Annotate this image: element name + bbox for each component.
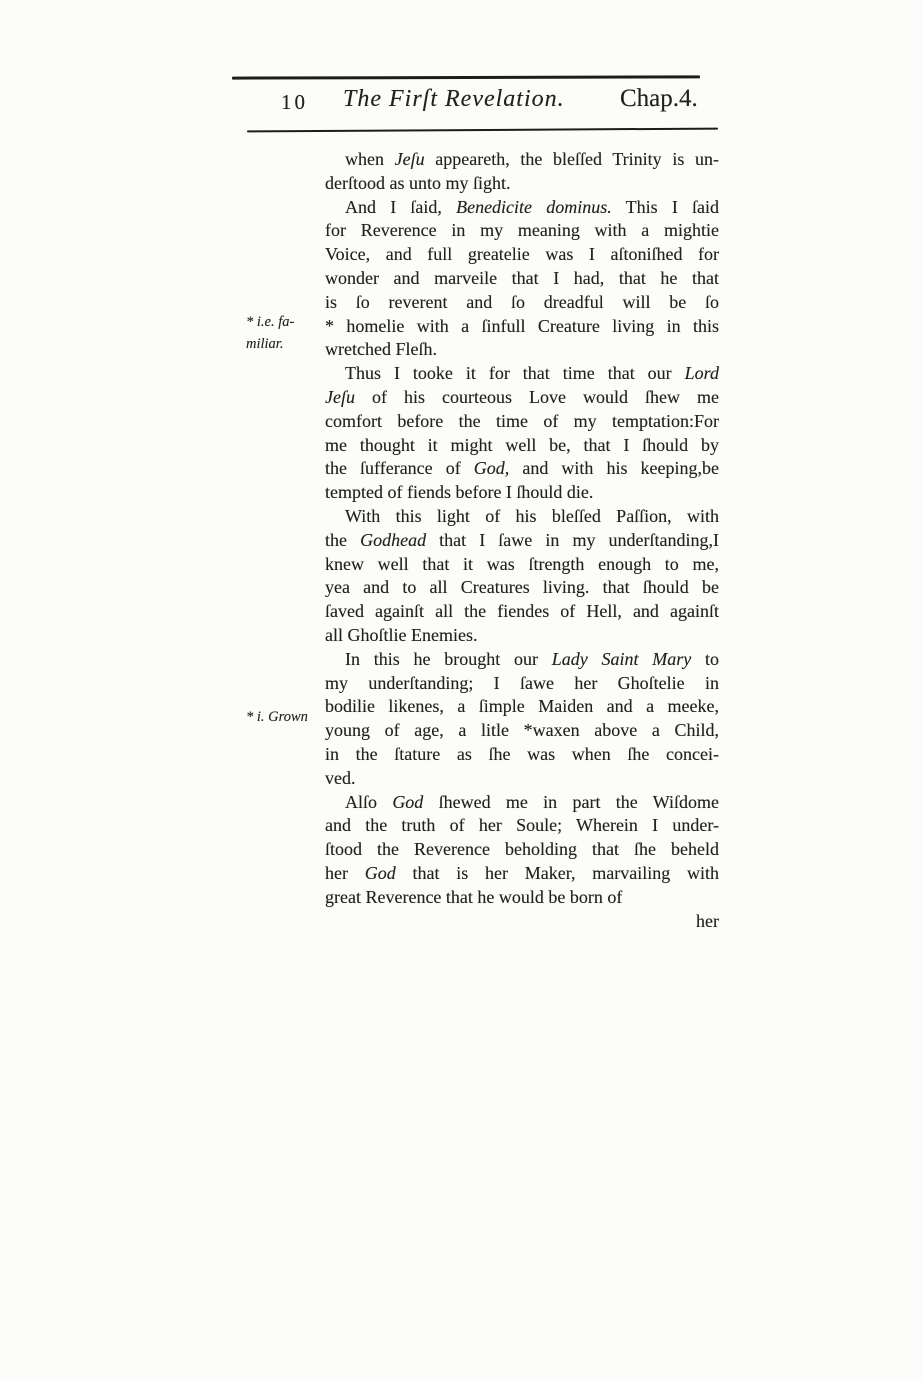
text-segment: and the truth of her Soule; Wherein I un…: [325, 815, 719, 835]
text-line: In this he brought our Lady Saint Mary t…: [325, 648, 719, 672]
text-segment: my underſtanding; I ſawe her Ghoſtelie i…: [325, 673, 719, 693]
text-line: the ſufferance of God, and with his keep…: [325, 457, 719, 481]
text-segment: for Reverence in my meaning with a might…: [325, 220, 719, 240]
text-line: Thus I tooke it for that time that our L…: [325, 362, 719, 386]
italic-text-segment: Jeſu: [395, 149, 425, 169]
text-line: derſtood as unto my ſight.: [325, 172, 719, 196]
text-segment: appeareth, the bleſſed Trinity is un-: [425, 149, 719, 169]
text-line: With this light of his bleſſed Paſſion, …: [325, 505, 719, 529]
text-segment: ſhewed me in part the Wiſdome: [423, 792, 719, 812]
text-line: ſaved againſt all the fiendes of Hell, a…: [325, 600, 719, 624]
running-title: The Firſt Revelation.: [343, 86, 565, 113]
page-number: 10: [281, 90, 308, 115]
text-segment: ſtood the Reverence beholding that ſhe b…: [325, 839, 719, 859]
text-segment: to: [691, 649, 719, 669]
italic-text-segment: God,: [474, 458, 510, 478]
text-line: wretched Fleſh.: [325, 338, 719, 362]
scanned-book-page: 10 The Firſt Revelation. Chap.4. when Je…: [0, 0, 923, 1382]
text-segment: Alſo: [345, 792, 392, 812]
margin-note-line: miliar.: [246, 333, 324, 355]
text-segment: * homelie with a ſinfull Creature living…: [325, 316, 719, 336]
text-segment: of his courteous Love would ſhew me: [355, 387, 719, 407]
text-segment: Thus I tooke it for that time that our: [345, 363, 685, 383]
text-line: tempted of fiends before I ſhould die.: [325, 481, 719, 505]
text-segment: derſtood as unto my ſight.: [325, 173, 510, 193]
text-segment: Voice, and full greatelie was I aſtoniſh…: [325, 244, 719, 264]
chapter-label: Chap.4.: [620, 85, 698, 113]
text-segment: her: [325, 863, 365, 883]
text-segment: in the ſtature as ſhe was when ſhe conce…: [325, 744, 719, 764]
text-segment: wonder and marveile that I had, that he …: [325, 268, 719, 288]
text-segment: when: [345, 149, 395, 169]
text-line: yea and to all Creatures living. that ſh…: [325, 576, 719, 600]
text-segment: In this he brought our: [345, 649, 552, 669]
text-segment: me thought it might well be, that I ſhou…: [325, 435, 719, 455]
text-segment: ſaved againſt all the fiendes of Hell, a…: [325, 601, 719, 621]
italic-text-segment: Benedicite dominus.: [456, 197, 612, 217]
italic-text-segment: Lord: [685, 363, 719, 383]
italic-text-segment: Jeſu: [325, 387, 355, 407]
text-segment: young of age, a litle *waxen above a Chi…: [325, 720, 719, 740]
text-segment: the ſufferance of: [325, 458, 474, 478]
text-line: Jeſu of his courteous Love would ſhew me: [325, 386, 719, 410]
text-segment: tempted of fiends before I ſhould die.: [325, 482, 593, 502]
text-segment: and with his keeping,be: [509, 458, 719, 478]
text-line: * homelie with a ſinfull Creature living…: [325, 315, 719, 339]
italic-text-segment: God: [365, 863, 396, 883]
text-segment: is ſo reverent and ſo dreadful will be ſ…: [325, 292, 719, 312]
text-line: knew well that it was ſtrength enough to…: [325, 553, 719, 577]
text-line: young of age, a litle *waxen above a Chi…: [325, 719, 719, 743]
italic-text-segment: Lady Saint Mary: [552, 649, 692, 669]
header-bottom-rule: [247, 128, 718, 133]
text-line: comfort before the time of my temptation…: [325, 410, 719, 434]
text-line: Voice, and full greatelie was I aſtoniſh…: [325, 243, 719, 267]
text-segment: ved.: [325, 768, 356, 788]
text-line: wonder and marveile that I had, that he …: [325, 267, 719, 291]
margin-note: * i. Grown: [246, 706, 324, 728]
text-line: great Reverence that he would be born of: [325, 886, 719, 910]
text-segment: all Ghoſtlie Enemies.: [325, 625, 477, 645]
text-segment: comfort before the time of my temptation…: [325, 411, 719, 431]
margin-note-line: * i.e. fa-: [246, 311, 324, 333]
catchword: her: [325, 910, 719, 934]
header-top-rule: [232, 75, 700, 79]
text-line: for Reverence in my meaning with a might…: [325, 219, 719, 243]
text-segment: that is her Maker, marvailing with: [396, 863, 719, 883]
text-line: me thought it might well be, that I ſhou…: [325, 434, 719, 458]
body-text: when Jeſu appeareth, the bleſſed Trinity…: [325, 148, 719, 933]
text-segment: that I ſawe in my underſtanding,I: [426, 530, 719, 550]
text-line: is ſo reverent and ſo dreadful will be ſ…: [325, 291, 719, 315]
text-line: Alſo God ſhewed me in part the Wiſdome: [325, 791, 719, 815]
text-segment: bodilie likenes, a ſimple Maiden and a m…: [325, 696, 719, 716]
margin-note-line: * i. Grown: [246, 706, 324, 728]
text-line: when Jeſu appeareth, the bleſſed Trinity…: [325, 148, 719, 172]
text-line: ſtood the Reverence beholding that ſhe b…: [325, 838, 719, 862]
text-segment: yea and to all Creatures living. that ſh…: [325, 577, 719, 597]
text-line: bodilie likenes, a ſimple Maiden and a m…: [325, 695, 719, 719]
text-line: her God that is her Maker, marvailing wi…: [325, 862, 719, 886]
text-line: my underſtanding; I ſawe her Ghoſtelie i…: [325, 672, 719, 696]
italic-text-segment: God: [392, 792, 423, 812]
text-segment: With this light of his bleſſed Paſſion, …: [345, 506, 719, 526]
text-segment: the: [325, 530, 360, 550]
text-segment: great Reverence that he would be born of: [325, 887, 622, 907]
text-segment: And I ſaid,: [345, 197, 456, 217]
text-line: ved.: [325, 767, 719, 791]
text-line: in the ſtature as ſhe was when ſhe conce…: [325, 743, 719, 767]
italic-text-segment: Godhead: [360, 530, 426, 550]
margin-note: * i.e. fa-miliar.: [246, 311, 324, 355]
text-segment: knew well that it was ſtrength enough to…: [325, 554, 719, 574]
text-line: And I ſaid, Benedicite dominus. This I ſ…: [325, 196, 719, 220]
text-line: all Ghoſtlie Enemies.: [325, 624, 719, 648]
text-line: and the truth of her Soule; Wherein I un…: [325, 814, 719, 838]
text-line: the Godhead that I ſawe in my underſtand…: [325, 529, 719, 553]
text-segment: wretched Fleſh.: [325, 339, 437, 359]
text-segment: This I ſaid: [612, 197, 719, 217]
